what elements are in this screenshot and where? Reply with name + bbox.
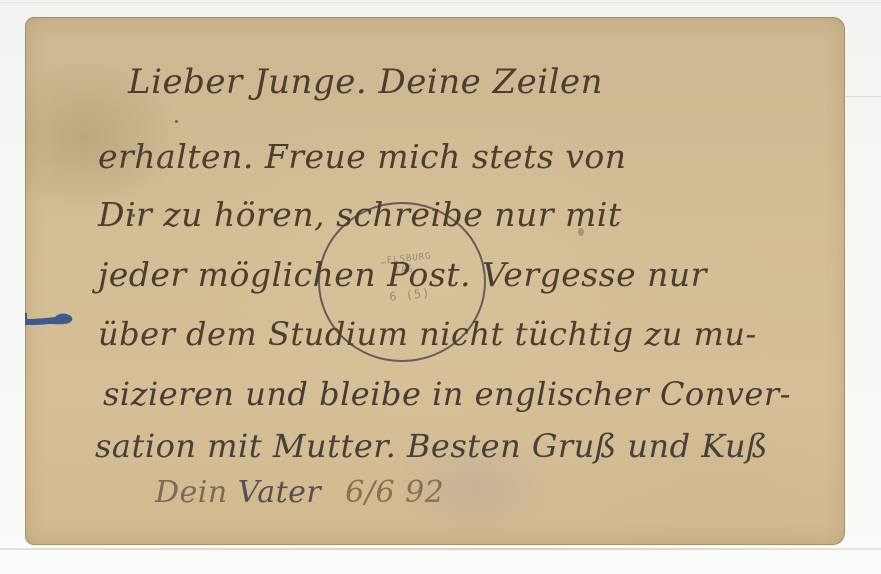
- scanner-edge-bottom: [0, 548, 881, 550]
- scanner-edge-top: [0, 2, 881, 3]
- letter-line-5: über dem Studium nicht tüchtig zu mu-: [98, 315, 757, 353]
- letter-line-3: Dir zu hören, schreibe nur mit: [98, 195, 622, 234]
- letter-line-7: sation mit Mutter. Besten Gruß und Kuß: [95, 427, 768, 465]
- postcard: …ELSBURG TAG… 6 (5) Lieber Junge. Deine …: [25, 17, 845, 545]
- letter-line-2: erhalten. Freue mich stets von: [98, 137, 627, 176]
- letter-line-4: jeder möglichen Post. Vergesse nur: [98, 255, 707, 294]
- letter-line-1: Lieber Junge. Deine Zeilen: [128, 62, 603, 102]
- letter-line-6: sizieren und bleibe in englischer Conver…: [103, 375, 791, 413]
- signature: Dein Vater 6/6 92: [155, 475, 444, 510]
- scanner-edge-right: [845, 96, 881, 97]
- signature-name: Vater: [238, 475, 321, 510]
- signature-closing: Dein: [155, 475, 228, 510]
- signature-date: 6/6 92: [345, 475, 444, 510]
- letter-body: Lieber Junge. Deine Zeilen erhalten. Fre…: [25, 17, 845, 545]
